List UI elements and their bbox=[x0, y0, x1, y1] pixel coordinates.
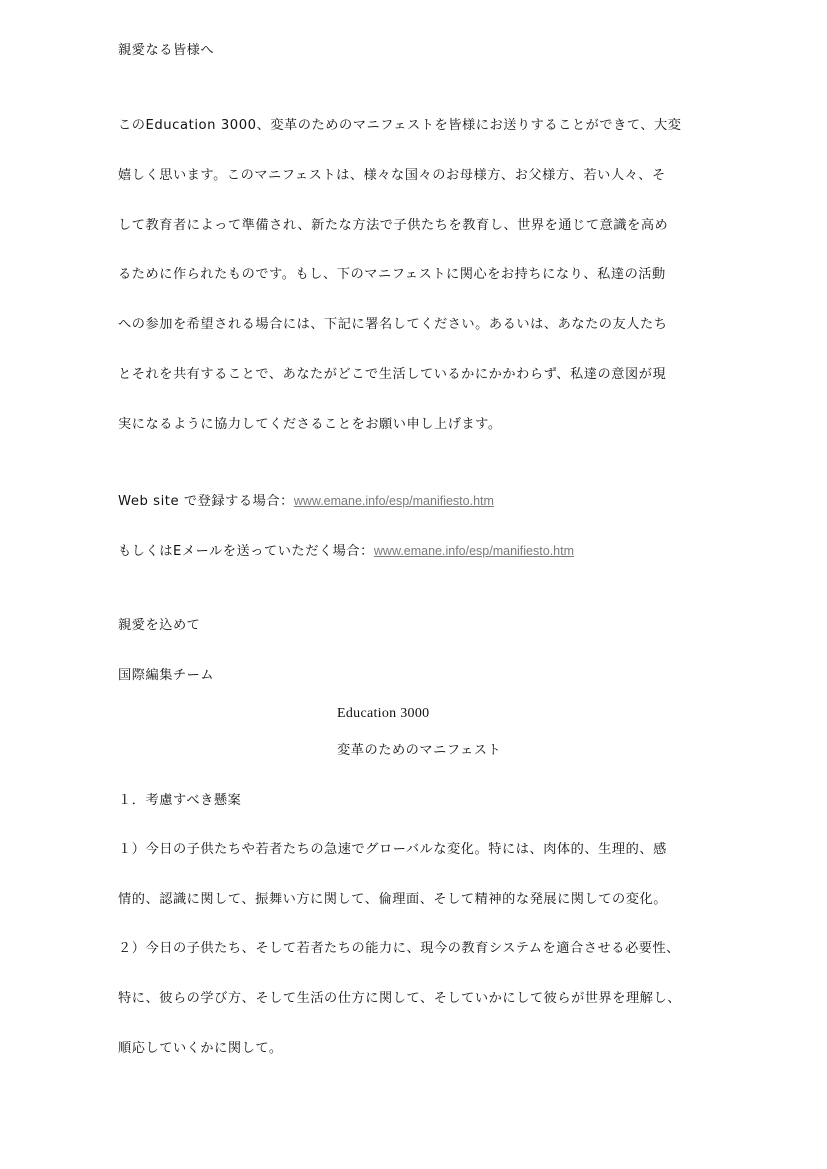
document-subtitle: 変革のためのマニフェスト bbox=[337, 742, 501, 760]
item-2-line: ２）今日の子供たち、そして若者たちの能力に、現今の教育システムを適合させる必要性… bbox=[118, 940, 680, 958]
closing: 親愛を込めて bbox=[118, 617, 200, 635]
item-1-line: １）今日の子供たちや若者たちの急速でグローバルな変化。特には、肉体的、生理的、感 bbox=[118, 841, 667, 859]
intro-line: への参加を希望される場合には、下記に署名してください。あるいは、あなたの友人たち bbox=[118, 316, 668, 334]
section-heading: １．考慮すべき懸案 bbox=[118, 792, 241, 810]
web-register-link[interactable]: www.emane.info/esp/manifiesto.htm bbox=[294, 494, 494, 508]
web-register-row: Web site で登録する場合：www.emane.info/esp/mani… bbox=[118, 492, 494, 511]
salutation: 親愛なる皆様へ bbox=[118, 42, 214, 60]
intro-line: 実になるように協力してくださることをお願い申し上げます。 bbox=[118, 416, 502, 434]
intro-line: して教育者によって準備され、新たな方法で子供たちを教育し、世界を通じて意識を高め bbox=[118, 217, 668, 235]
web-register-label: Web site で登録する場合： bbox=[118, 494, 294, 509]
item-2-line: 特に、彼らの学び方、そして生活の仕方に関して、そしていかにして彼らが世界を理解し… bbox=[118, 990, 681, 1008]
intro-line: るために作られたものです。もし、下のマニフェストに関心をお持ちになり、私達の活動 bbox=[118, 266, 666, 284]
email-register-row: もしくはEメールを送っていただく場合：www.emane.info/esp/ma… bbox=[118, 542, 574, 561]
email-register-link[interactable]: www.emane.info/esp/manifiesto.htm bbox=[374, 544, 574, 558]
intro-line: とそれを共有することで、あなたがどこで生活しているかにかかわらず、私達の意図が現 bbox=[118, 366, 666, 384]
intro-line: 嬉しく思います。このマニフェストは、様々な国々のお母様方、お父様方、若い人々、そ bbox=[118, 167, 666, 185]
item-2-line: 順応していくかに関して。 bbox=[118, 1040, 283, 1058]
signature: 国際編集チーム bbox=[118, 667, 214, 685]
email-register-label: もしくはEメールを送っていただく場合： bbox=[118, 544, 374, 559]
document-title: Education 3000 bbox=[337, 705, 429, 723]
intro-line: このEducation 3000、変革のためのマニフェストを皆様にお送りすること… bbox=[118, 117, 682, 135]
item-1-line: 情的、認識に関して、振舞い方に関して、倫理面、そして精神的な発展に関しての変化。 bbox=[118, 891, 667, 909]
